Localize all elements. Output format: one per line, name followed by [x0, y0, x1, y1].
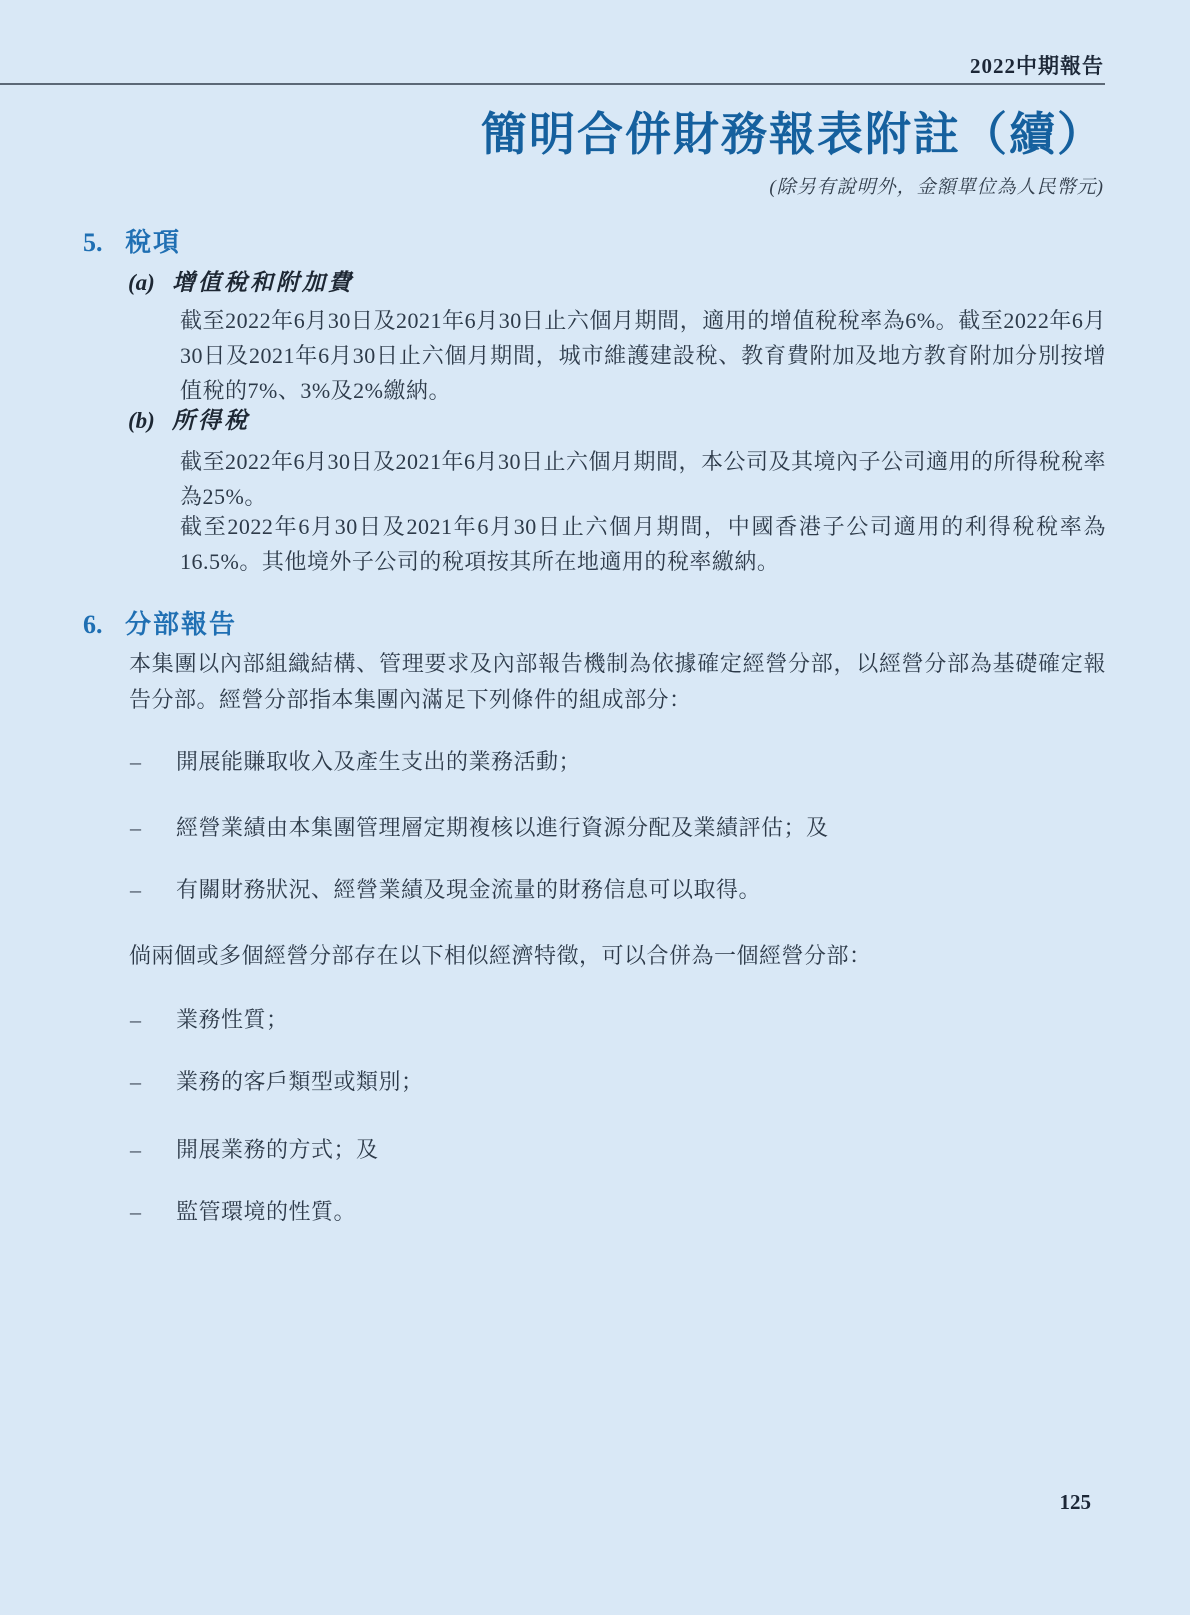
segment-intro-paragraph: 本集團以內部組織結構、管理要求及內部報告機制為依據確定經營分部，以經營分部為基礎… [129, 646, 1106, 718]
subsection-a-heading: (a)增值稅和附加費 [128, 264, 354, 297]
list-item: – 業務的客戶類型或類別； [130, 1064, 1106, 1099]
subsection-b-heading: (b)所得稅 [128, 402, 250, 435]
header-divider [0, 83, 1105, 85]
merge-bullet-4: 監管環境的性質。 [176, 1194, 1106, 1229]
criteria-bullet-3: 有關財務狀況、經營業績及現金流量的財務信息可以取得。 [176, 872, 1106, 907]
bullet-dash: – [130, 1002, 176, 1037]
income-tax-paragraph-2: 截至2022年6月30日及2021年6月30日止六個月期間，中國香港子公司適用的… [180, 509, 1106, 579]
page-subtitle: (除另有說明外，金額單位為人民幣元) [769, 172, 1104, 199]
vat-paragraph: 截至2022年6月30日及2021年6月30日止六個月期間，適用的增值稅稅率為6… [180, 303, 1106, 408]
section-5-title: 稅項 [125, 228, 181, 257]
list-item: – 開展能賺取收入及產生支出的業務活動； [130, 744, 1106, 779]
section-5-heading: 5.稅項 [83, 222, 181, 259]
merge-bullet-1: 業務性質； [176, 1002, 1106, 1037]
segment-merge-paragraph: 倘兩個或多個經營分部存在以下相似經濟特徵，可以合併為一個經營分部： [129, 938, 1106, 973]
subsection-b-label: (b) [128, 408, 172, 434]
section-5-number: 5. [83, 228, 125, 258]
bullet-dash: – [130, 1194, 176, 1229]
merge-bullet-2: 業務的客戶類型或類別； [176, 1064, 1106, 1099]
list-item: – 業務性質； [130, 1002, 1106, 1037]
page-number: 125 [1060, 1490, 1092, 1515]
report-header-label: 2022中期報告 [970, 50, 1104, 80]
merge-bullet-3: 開展業務的方式；及 [176, 1132, 1106, 1167]
list-item: – 經營業績由本集團管理層定期複核以進行資源分配及業績評估；及 [130, 810, 1106, 845]
income-tax-paragraph-1: 截至2022年6月30日及2021年6月30日止六個月期間，本公司及其境內子公司… [180, 444, 1106, 514]
list-item: – 監管環境的性質。 [130, 1194, 1106, 1229]
subsection-a-label: (a) [128, 270, 172, 296]
bullet-dash: – [130, 744, 176, 779]
page-title: 簡明合併財務報表附註（續） [481, 98, 1105, 164]
list-item: – 開展業務的方式；及 [130, 1132, 1106, 1167]
bullet-dash: – [130, 1064, 176, 1099]
bullet-dash: – [130, 810, 176, 845]
section-6-heading: 6.分部報告 [83, 604, 237, 641]
section-6-title: 分部報告 [125, 610, 237, 639]
criteria-bullet-1: 開展能賺取收入及產生支出的業務活動； [176, 744, 1106, 779]
section-6-number: 6. [83, 610, 125, 640]
subsection-b-title: 所得稅 [172, 408, 250, 433]
bullet-dash: – [130, 872, 176, 907]
bullet-dash: – [130, 1132, 176, 1167]
report-page: 2022中期報告 簡明合併財務報表附註（續） (除另有說明外，金額單位為人民幣元… [0, 0, 1190, 1615]
subsection-a-title: 增值稅和附加費 [172, 270, 354, 295]
criteria-bullet-2: 經營業績由本集團管理層定期複核以進行資源分配及業績評估；及 [176, 810, 1106, 845]
list-item: – 有關財務狀況、經營業績及現金流量的財務信息可以取得。 [130, 872, 1106, 907]
